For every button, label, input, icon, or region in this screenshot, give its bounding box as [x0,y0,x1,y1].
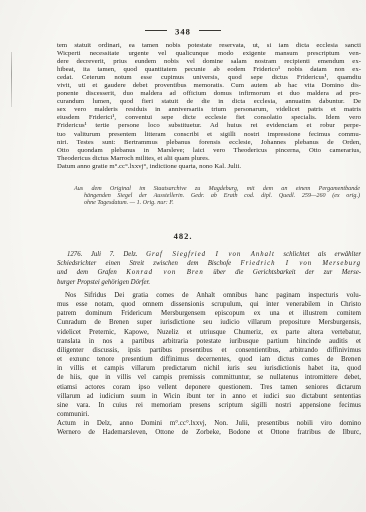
regest-line: Schiedsrichter einen Streit zwischen dem… [57,259,361,268]
text-line: villarum ad iudicium suum in Wicin ibunt… [57,392,361,401]
text-line: dere decreverit, prius eundem nobis vel … [57,58,361,66]
text-line: Fridericus¹ tertie persone loco substitu… [57,122,361,130]
page-number: 348 [175,26,191,36]
text-line: curandum lumen, quod fieri statuit de di… [57,98,361,106]
text-line: Cunradum de Brenen super iurisdictione s… [57,318,361,327]
text-line: Wicperti necessitate urgente vel qualicu… [57,50,361,58]
regest-text: Schiedsrichter einen Streit zwischen dem… [57,260,240,267]
footnote-line: ohne Tagesdatum. — 1. Orig. nur: F. [74,200,360,207]
header-rule-right [199,30,221,31]
text-line: hibeat, ita tamen, quod quantitatem pecu… [57,66,361,74]
text-line: tem statuit ordinari, ea tamen nobis pot… [57,42,361,50]
header-rule-left [145,30,167,31]
text-line: ponente discesserit, duo maldera ad offi… [57,90,361,98]
footnote-line: Aus dem Original im Staatsarchive zu Mag… [74,186,360,193]
text-line: diligenter discussis, ipsis partibus pre… [57,346,361,355]
text-line: Otto quondam plebanus in Marsleve; laici… [57,147,361,155]
text-line: de hiis, que in villis vel campis premis… [57,373,361,382]
text-line: translata in nos a partibus arbitraria p… [57,337,361,346]
regest-line: 1276. Juli 7. Delz. Graf Siegfried I von… [57,250,361,259]
text-line: et exnunc tenore presentium diffinimus d… [57,355,361,364]
footnote-line: hängenden Siegel der Ausstellerin. Gedr.… [74,193,360,200]
actum-line: Actum in Delz, anno Domini m°.cc°.lxxvj,… [57,419,361,428]
entry-481-continuation: tem statuit ordinari, ea tamen nobis pot… [57,42,361,171]
text-line: sex vero malderis residuis in anniversar… [57,106,361,114]
scanned-book-page: 348 tem statuit ordinari, ea tamen nobis… [0,0,366,512]
text-line: eiusdem Friderici¹, conventui sepe dicte… [57,114,361,122]
text-line: in villis et campis villarum predictarum… [57,364,361,373]
text-line: etiamsi actores coram ipso vellent depon… [57,383,361,392]
text-line: Wernero de Hademarsleven, Ottone de Zorb… [57,428,361,437]
regest-text: und dem Grafen [57,269,126,276]
text-line: niri. Testes sunt: Bertrammus plebanus f… [57,139,361,147]
text-line: videlicet Preternic, Kapowe, Nuzeliz et … [57,328,361,337]
regest-text: schlichtet als erwählter [275,251,361,258]
regest-name-spaced: Friedrich I von Merseburg [240,260,361,267]
text-line: cedat. Ceterum notum esse cupimus univer… [57,74,361,82]
page-header: 348 [7,22,359,40]
entry-481-source-note: Aus dem Original im Staatsarchive zu Mag… [74,186,360,207]
regest-date-text: 1276. Juli 7. Delz. [67,251,146,258]
datum-line: Datum anno gratie m°.cc°.lxxvj°, indicti… [57,163,361,171]
text-line: Theodericus dictus Marroch milites, et a… [57,155,361,163]
regest-name-spaced: Konrad von Bren [126,269,204,276]
text-line: mus esse notam, quod omnem dissensionis … [57,300,361,309]
scan-artifact-line [11,52,12,107]
entry-482-number: 482. [10,231,356,241]
regest-name-spaced: Graf Siegfried I von Anhalt [146,251,275,258]
regest-line: burger Propstei gehörigen Dörfer. [57,278,361,287]
regest-line: und dem Grafen Konrad von Bren über die … [57,268,361,277]
regest-text: über die Gerichtsbarkeit der zur Merse- [204,269,361,276]
text-line: Nos Sifridus Dei gratia comes de Anhalt … [57,291,361,300]
entry-482-text: Nos Sifridus Dei gratia comes de Anhalt … [57,291,361,438]
text-line: communiri. [57,410,361,419]
text-line: tuo valiturum presentem litteram conscri… [57,131,361,139]
text-line: sine vara. In cuius rei memoriam presens… [57,401,361,410]
text-line: vivit, uti et gaudere debet proventibus … [57,82,361,90]
text-line: patrem dominum Fridericum Mersburgensem … [57,309,361,318]
entry-482-regest: 1276. Juli 7. Delz. Graf Siegfried I von… [57,250,361,287]
